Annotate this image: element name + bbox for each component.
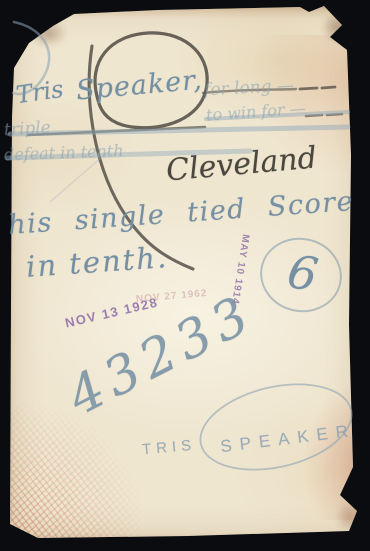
photo-verso-card bbox=[8, 5, 361, 540]
burn-mark-top-right bbox=[316, 5, 360, 49]
burn-mark-bottom-right bbox=[330, 497, 370, 537]
red-stain-bottom-right bbox=[301, 380, 361, 520]
burn-mark-top-left bbox=[22, 13, 74, 53]
red-crosshatch-stain-bottom-left bbox=[8, 330, 208, 540]
toning-stain-top-right bbox=[241, 35, 361, 185]
